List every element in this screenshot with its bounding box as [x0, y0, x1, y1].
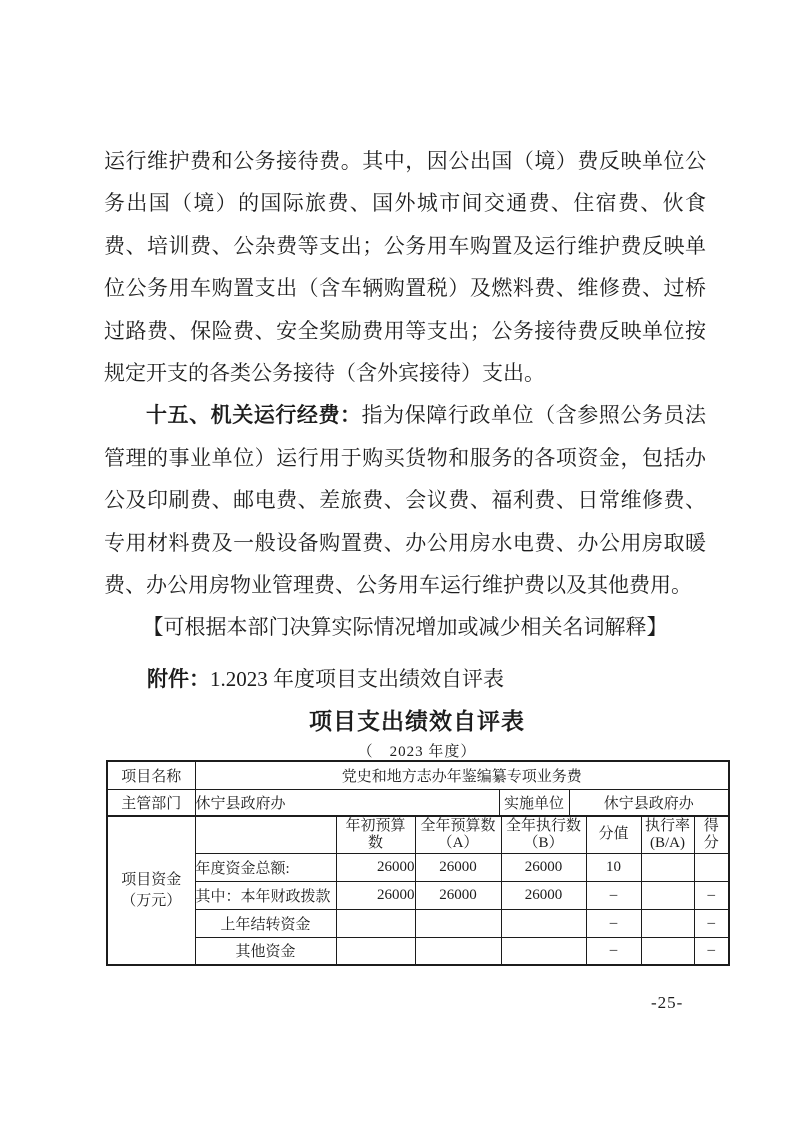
item15-definition: 指为保障行政单位（含参照公务员法管理的事业单位）运行用于购买货物和服务的各项资金…	[104, 403, 706, 597]
cell-execution-rate	[641, 937, 694, 965]
attachment-label: 附件：	[147, 667, 210, 691]
cell-points: –	[694, 881, 729, 909]
table-row-project-name: 项目名称 党史和地方志办年鉴编纂专项业务费	[107, 761, 729, 789]
form-subtitle-year: （ 2023 年度）	[106, 740, 728, 761]
row-label: 年度资金总额:	[195, 853, 336, 881]
header-points: 得 分	[694, 816, 729, 853]
cell-year-begin-budget	[336, 909, 415, 937]
cell-points: –	[694, 909, 729, 937]
cell-annual-execution	[501, 937, 586, 965]
cell-score-value: –	[586, 937, 641, 965]
form-title: 项目支出绩效自评表	[106, 703, 728, 736]
document-page: 运行维护费和公务接待费。其中，因公出国（境）费反映单位公务出国（境）的国际旅费、…	[0, 0, 793, 1122]
project-name-label: 项目名称	[107, 761, 195, 789]
supervising-dept-value: 休宁县政府办	[195, 789, 499, 816]
cell-score-value: –	[586, 909, 641, 937]
project-name-value: 党史和地方志办年鉴编纂专项业务费	[195, 761, 729, 789]
table-row-departments: 主管部门 休宁县政府办 实施单位 休宁县政府办	[107, 789, 729, 816]
attachment-line: 附件：1.2023 年度项目支出绩效自评表	[104, 662, 787, 696]
header-year-begin-budget: 年初预算 数	[336, 816, 415, 853]
cell-points	[694, 853, 729, 881]
page-number: -25-	[651, 993, 683, 1013]
supervising-dept-label: 主管部门	[107, 789, 195, 816]
header-annual-execution: 全年执行数 （B）	[501, 816, 586, 853]
table-row-annual-total: 年度资金总额: 26000 26000 26000 10	[107, 853, 729, 881]
cell-annual-execution: 26000	[501, 853, 586, 881]
implementing-unit-value: 休宁县政府办	[569, 789, 729, 816]
cell-execution-rate	[641, 881, 694, 909]
cell-annual-execution	[501, 909, 586, 937]
cell-execution-rate	[641, 909, 694, 937]
table-row-carryover-funds: 上年结转资金 – –	[107, 909, 729, 937]
cell-year-begin-budget	[336, 937, 415, 965]
cell-year-begin-budget: 26000	[336, 881, 415, 909]
cell-execution-rate	[641, 853, 694, 881]
cell-score-value: 10	[586, 853, 641, 881]
cell-points: –	[694, 937, 729, 965]
cell-annual-budget: 26000	[415, 853, 501, 881]
funds-side-label: 项目资金 （万元）	[107, 816, 195, 965]
row-label: 其他资金	[195, 937, 336, 965]
cell-score-value: –	[586, 881, 641, 909]
cell-annual-budget: 26000	[415, 881, 501, 909]
table-row-other-funds: 其他资金 – –	[107, 937, 729, 965]
performance-self-evaluation-table: 项目名称 党史和地方志办年鉴编纂专项业务费 主管部门 休宁县政府办 实施单位 休…	[106, 760, 730, 966]
cell-annual-execution: 26000	[501, 881, 586, 909]
header-score-value: 分值	[586, 816, 641, 853]
editable-note-line: 【可根据本部门决算实际情况增加或减少相关名词解释】	[104, 606, 706, 648]
table-row-fiscal-allocation: 其中：本年财政拨款 26000 26000 26000 – –	[107, 881, 729, 909]
cell-year-begin-budget: 26000	[336, 853, 415, 881]
glossary-text-block: 运行维护费和公务接待费。其中，因公出国（境）费反映单位公务出国（境）的国际旅费、…	[104, 140, 706, 649]
row-label: 上年结转资金	[195, 909, 336, 937]
header-annual-budget: 全年预算数 （A）	[415, 816, 501, 853]
implementing-unit-label: 实施单位	[499, 789, 569, 816]
cell-annual-budget	[415, 937, 501, 965]
paragraph-item15: 十五、机关运行经费：指为保障行政单位（含参照公务员法管理的事业单位）运行用于购买…	[104, 394, 706, 606]
attachment-title: 1.2023 年度项目支出绩效自评表	[210, 667, 504, 691]
funds-header-empty	[195, 816, 336, 853]
header-execution-rate: 执行率 (B/A)	[641, 816, 694, 853]
row-label: 其中：本年财政拨款	[195, 881, 336, 909]
cell-annual-budget	[415, 909, 501, 937]
table-row-funds-header: 项目资金 （万元） 年初预算 数 全年预算数 （A） 全年执行数 （B） 分值 …	[107, 816, 729, 853]
item15-term: 十五、机关运行经费：	[146, 403, 362, 427]
paragraph-glossary-continuation: 运行维护费和公务接待费。其中，因公出国（境）费反映单位公务出国（境）的国际旅费、…	[104, 140, 706, 394]
